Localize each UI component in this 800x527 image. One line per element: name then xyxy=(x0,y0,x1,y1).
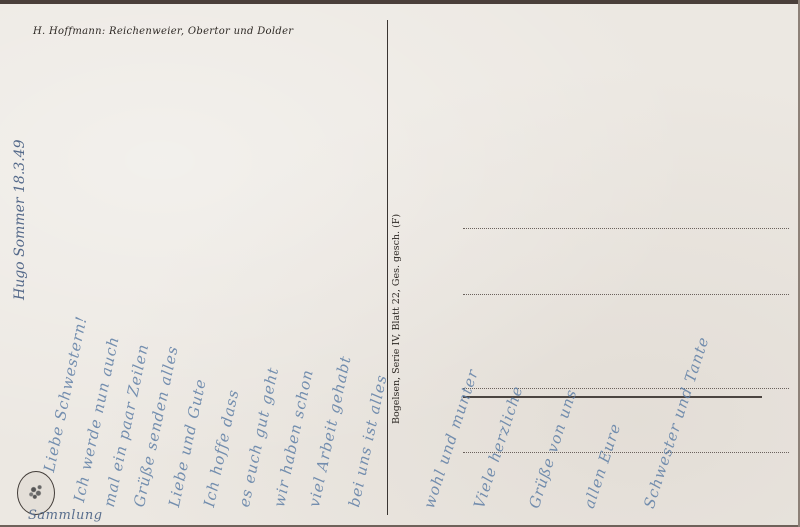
address-line-solid xyxy=(463,396,762,398)
address-line-1 xyxy=(463,228,789,229)
publisher-imprint: Bogelsen, Serie IV, Blatt 22, Ges. gesch… xyxy=(388,204,402,424)
printed-caption: H. Hoffmann: Reichenweier, Obertor und D… xyxy=(33,26,293,37)
address-line-3 xyxy=(463,388,789,389)
emblem-figure xyxy=(24,480,48,504)
publisher-emblem-icon xyxy=(17,471,55,515)
card-top-edge xyxy=(0,0,800,4)
address-line-4 xyxy=(463,452,789,453)
postcard-back: H. Hoffmann: Reichenweier, Obertor und D… xyxy=(0,4,800,525)
publisher-imprint-text: Bogelsen, Serie IV, Blatt 22, Ges. gesch… xyxy=(391,214,402,424)
address-line-2 xyxy=(463,294,789,295)
